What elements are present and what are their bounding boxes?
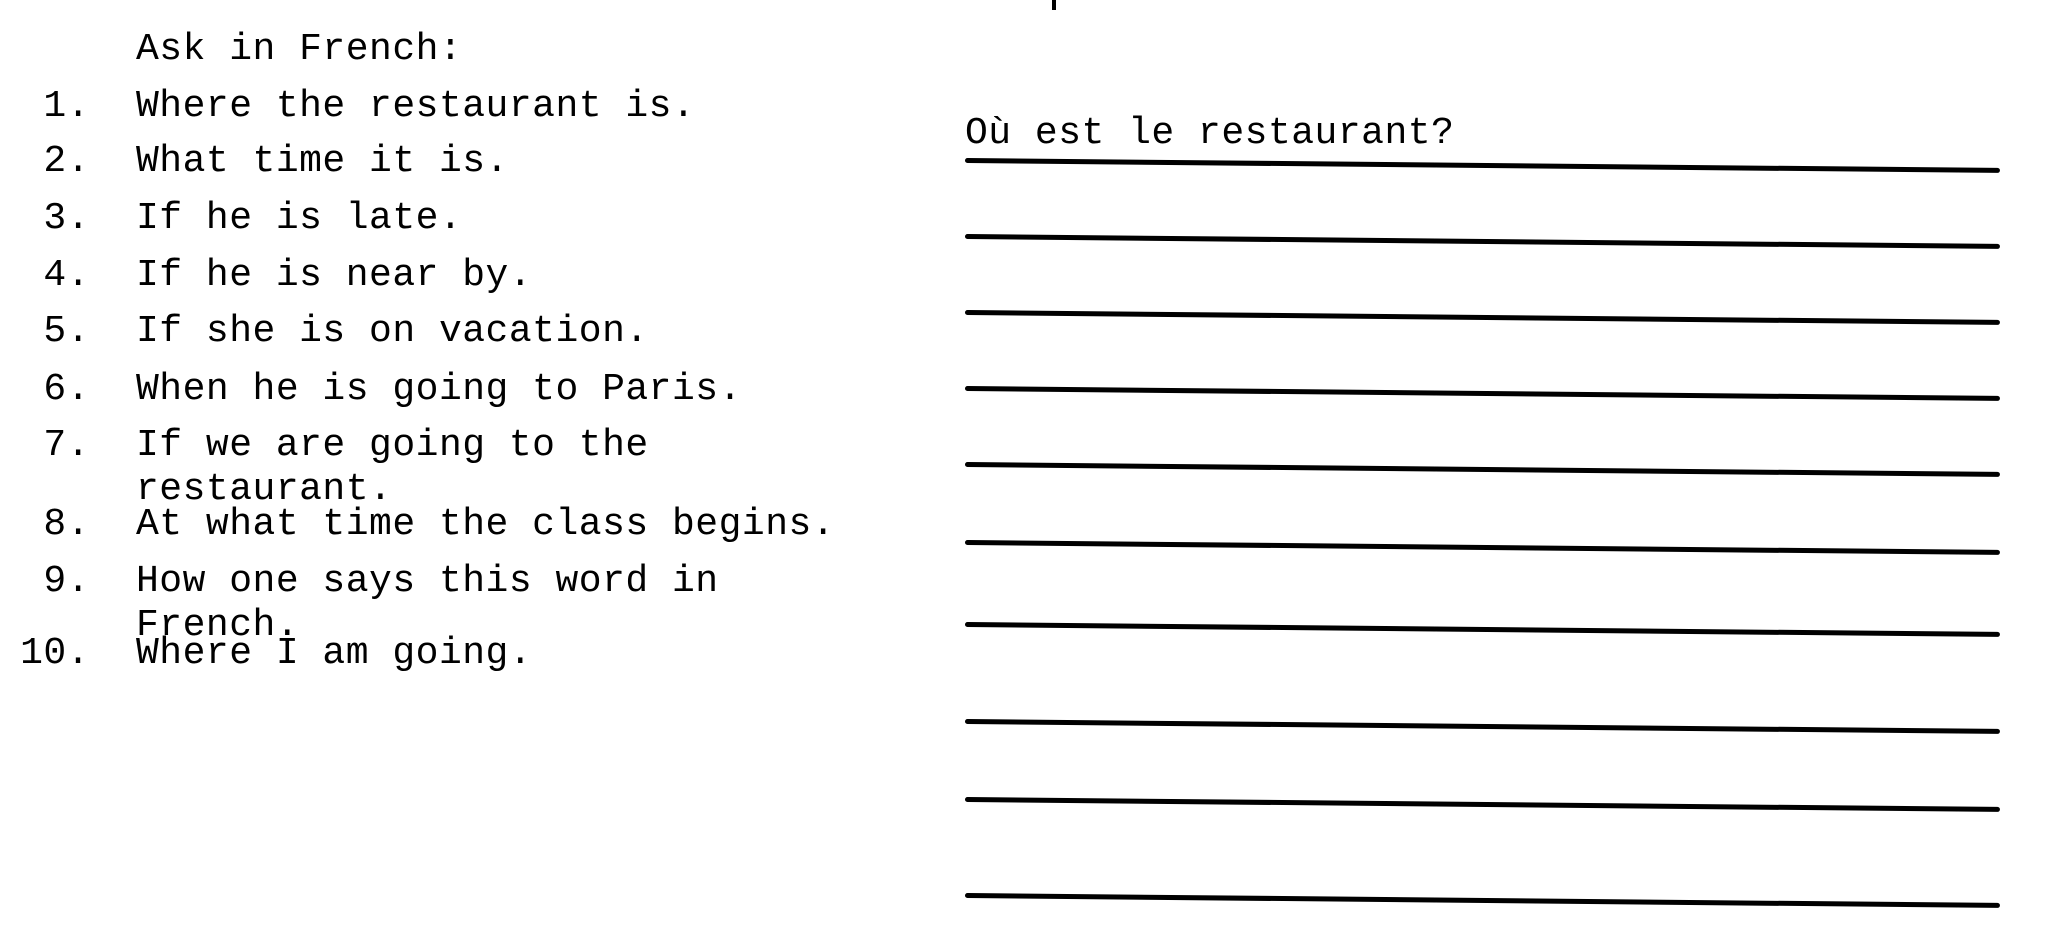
answer-blank-line[interactable]	[965, 158, 2000, 173]
question-prompt: When he is going to Paris.	[136, 368, 896, 412]
question-prompt: If he is near by.	[136, 254, 896, 298]
question-number: 10.	[20, 632, 90, 676]
question-number: 3.	[43, 197, 90, 241]
answer-blank-line[interactable]	[965, 462, 2000, 477]
question-number: 9.	[43, 560, 90, 604]
answer-blank-line[interactable]	[965, 893, 2000, 908]
answer-blank-line[interactable]	[965, 310, 2000, 325]
worksheet-page: Ask in French: 1.Where the restaurant is…	[0, 0, 2047, 947]
question-number: 4.	[43, 254, 90, 298]
question-prompt: If she is on vacation.	[136, 310, 896, 354]
answer-blank-line[interactable]	[965, 386, 2000, 401]
answer-text: Où est le restaurant?	[965, 112, 1454, 156]
answer-blank-line[interactable]	[965, 622, 2000, 637]
question-number: 5.	[43, 310, 90, 354]
top-edge-mark	[1052, 0, 1056, 10]
instruction-heading: Ask in French:	[136, 28, 462, 72]
answer-blank-line[interactable]	[965, 234, 2000, 249]
question-prompt: What time it is.	[136, 140, 896, 184]
question-prompt: Where I am going.	[136, 632, 896, 676]
answer-blank-line[interactable]	[965, 540, 2000, 555]
question-number: 2.	[43, 140, 90, 184]
question-number: 1.	[43, 85, 90, 129]
question-number: 8.	[43, 503, 90, 547]
answer-blank-line[interactable]	[965, 797, 2000, 812]
question-prompt: Where the restaurant is.	[136, 85, 896, 129]
question-number: 6.	[43, 368, 90, 412]
question-number: 7.	[43, 424, 90, 468]
question-prompt: If we are going to the restaurant.	[136, 424, 896, 512]
answer-blank-line[interactable]	[965, 719, 2000, 734]
question-prompt: If he is late.	[136, 197, 896, 241]
question-prompt: At what time the class begins.	[136, 503, 896, 547]
